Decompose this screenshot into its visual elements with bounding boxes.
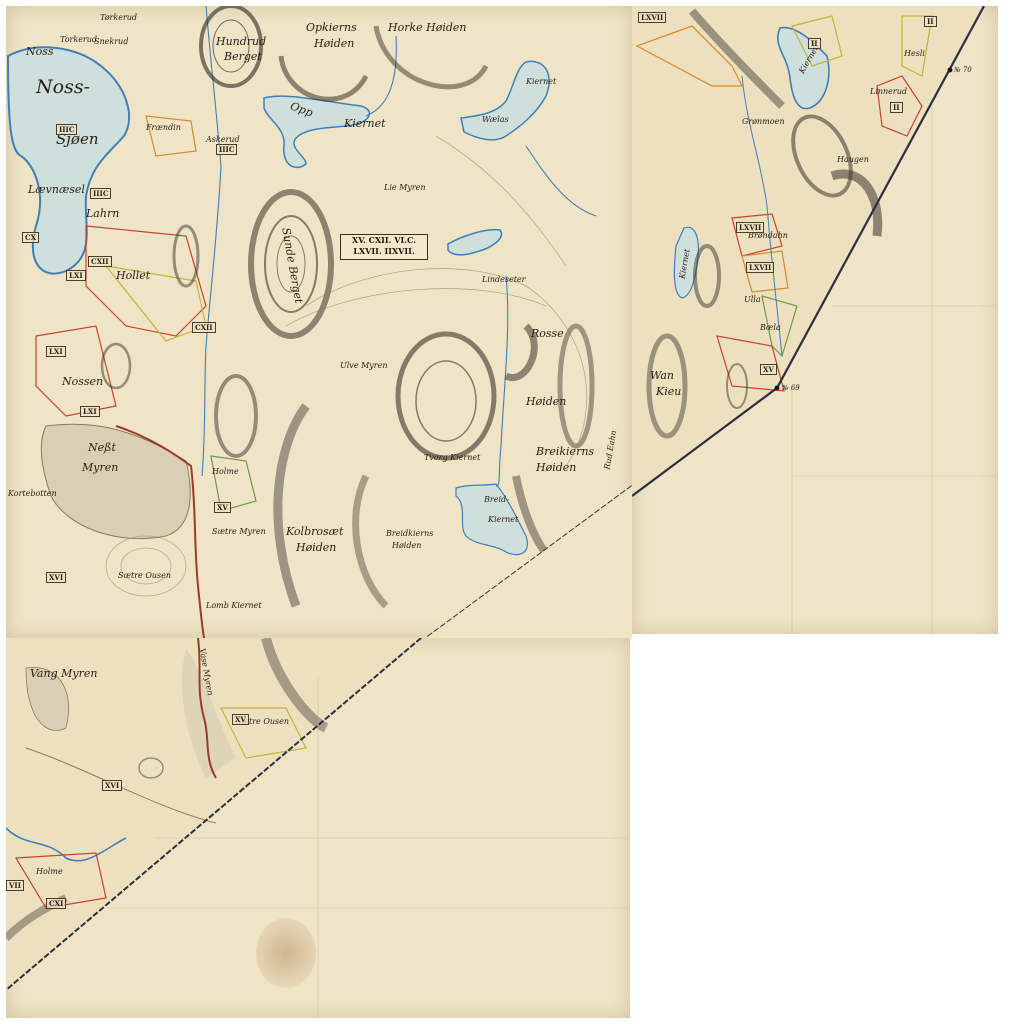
roman-label: XV	[232, 714, 249, 725]
roman-label: IIIC	[90, 188, 111, 199]
roman-label: XVI	[46, 572, 66, 583]
roman-label: XVI	[102, 780, 122, 791]
boundary-marker: № 70	[954, 66, 972, 74]
district-line: XV. CXII. VI.C.	[341, 235, 427, 246]
place-label: Torkerud	[60, 36, 97, 44]
place-label: Tørkerud	[100, 14, 137, 22]
roman-label: XV	[760, 364, 777, 375]
roman-label: CX	[22, 232, 39, 243]
place-label: Lævnæsel	[28, 184, 85, 195]
height-label: Wan	[650, 370, 674, 381]
place-label: Sætre Myren	[212, 528, 266, 536]
place-label: Vang Myren	[30, 668, 97, 679]
lake-label: Breid-	[484, 496, 509, 504]
place-label: Ulla	[744, 296, 761, 304]
place-label: Noss	[26, 46, 54, 57]
opp-kiernet-lake	[264, 96, 369, 167]
survey-point	[775, 386, 780, 391]
lake-label: Kiernet	[344, 118, 386, 129]
roman-label: LXVII	[638, 12, 666, 23]
height-label: Opkierns	[306, 22, 357, 33]
place-label: Lie Myren	[384, 184, 426, 192]
place-label: Haugen	[837, 156, 869, 164]
roman-label: CXII	[192, 322, 216, 333]
place-label: Lindeseter	[482, 276, 526, 284]
place-label: Grønmoen	[742, 118, 784, 126]
place-label: Askerud	[206, 136, 240, 144]
roman-label: II	[924, 16, 937, 27]
height-label: Horke Høiden	[388, 22, 467, 33]
roman-label: CXII	[88, 256, 112, 267]
place-label: Lomb Kiernet	[206, 602, 262, 610]
place-label: Brøndahn	[748, 232, 788, 240]
place-label: Holme	[212, 468, 239, 476]
place-label: Tvorg Kiernet	[424, 454, 480, 462]
height-label: Høiden	[392, 542, 421, 550]
roman-label: LXI	[80, 406, 100, 417]
lake-label: Wælas	[482, 116, 509, 124]
place-label: Linnerud	[870, 88, 907, 96]
height-label: Breikierns	[536, 446, 594, 457]
lake-label: Kiernet	[488, 516, 518, 524]
height-label: Høiden	[314, 38, 354, 49]
waelas-kiernet-lake	[461, 61, 549, 139]
height-label: Berget	[224, 51, 262, 62]
blank-paper-area	[426, 486, 632, 638]
roman-label: LXVII	[746, 262, 774, 273]
height-label: Rosse	[531, 328, 564, 339]
place-label: Snekrud	[94, 38, 128, 46]
boundary-marker: № 69	[782, 384, 800, 392]
roman-label: VII	[6, 880, 24, 891]
place-label: Ulve Myren	[340, 362, 388, 370]
lake-label: Kiernet	[526, 78, 556, 86]
roman-label: XV	[214, 502, 231, 513]
height-label: Høiden	[526, 396, 566, 407]
map-sheet-southwest: Vang Myren Vase Myren Sætre Ousen Holme …	[6, 638, 630, 1018]
small-lake	[448, 230, 501, 255]
terrain-layer-southwest	[6, 638, 630, 1018]
roman-label: IIIC	[216, 144, 237, 155]
height-label: Kieu	[656, 386, 681, 397]
map-sheet-northwest: Noss- Sjøen Opp Kiernet Wælas Kiernet Ne…	[6, 6, 632, 638]
height-label: Kolbrosæt	[286, 526, 343, 537]
roman-label: II	[808, 38, 821, 49]
terrain-layer-northeast	[632, 6, 998, 634]
roman-label: LXI	[46, 346, 66, 357]
roman-label: IIIC	[56, 124, 77, 135]
height-label: Høiden	[536, 462, 576, 473]
lake-label: Noss-	[36, 78, 90, 97]
height-label: Høiden	[296, 542, 336, 553]
lake-label: Neßt	[88, 442, 116, 453]
lake-label: Myren	[82, 462, 118, 473]
place-label: Nossen	[62, 376, 103, 387]
place-label: Bæla	[760, 324, 781, 332]
place-label: Sætre Ousen	[118, 572, 171, 580]
roman-label: LXI	[66, 270, 86, 281]
roman-label: II	[890, 102, 903, 113]
place-label: Hollet	[116, 270, 150, 281]
roman-label: CXI	[46, 898, 66, 909]
district-line: LXVII. IIXVII.	[341, 246, 427, 257]
height-label: Breidkierns	[386, 530, 433, 538]
place-label: Frændin	[146, 124, 181, 132]
district-box: XV. CXII. VI.C. LXVII. IIXVII.	[340, 234, 428, 260]
paper-stain	[256, 918, 316, 988]
place-label: Kortebotten	[8, 490, 57, 498]
roman-label: LXVII	[736, 222, 764, 233]
place-label: Holme	[36, 868, 63, 876]
height-label: Hundrud	[216, 36, 266, 47]
survey-point	[948, 68, 953, 73]
map-sheet-northeast: Kiernet Kiernet Wan Kieu Grønmoen Linner…	[632, 6, 998, 634]
place-label: Lahrn	[86, 208, 119, 219]
place-label: Hesli	[904, 50, 925, 58]
